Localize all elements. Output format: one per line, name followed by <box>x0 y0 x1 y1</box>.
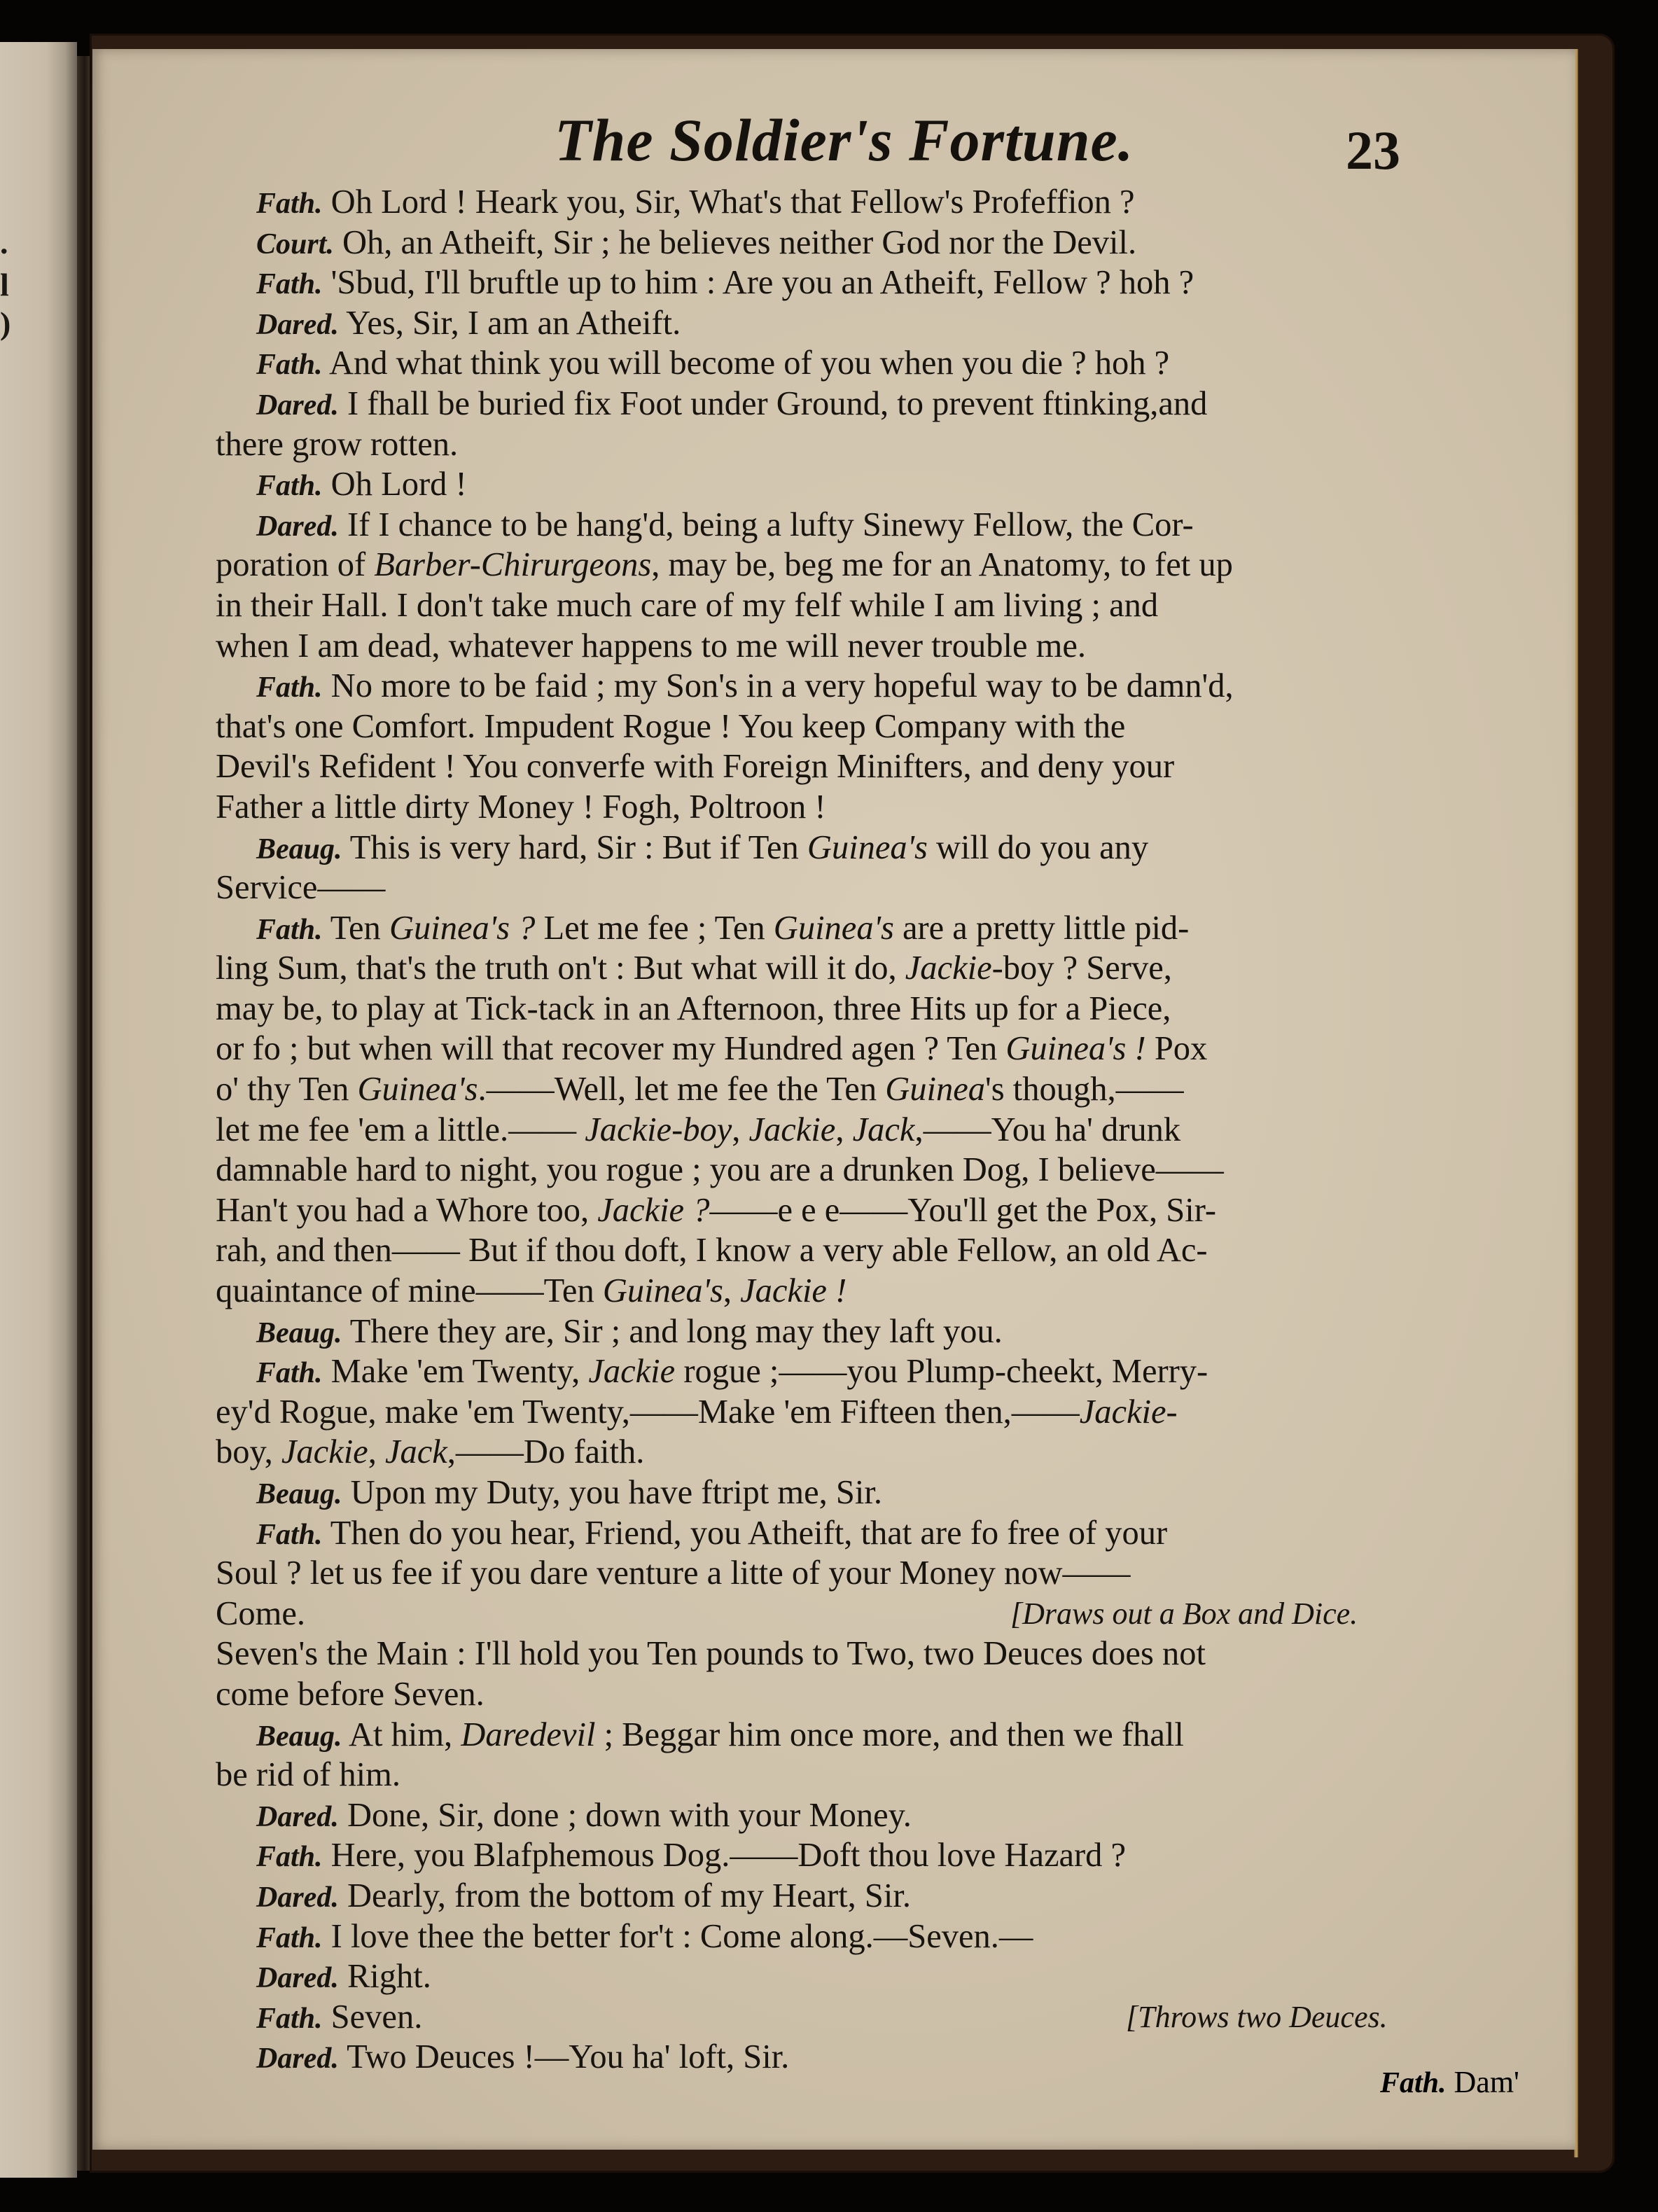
speaker-name: Dared. <box>256 309 339 341</box>
speaker-name: Fath. <box>256 1841 323 1873</box>
line-text: that's one Comfort. Impudent Rogue ! You… <box>216 708 1125 745</box>
italic-text: Jackie <box>1080 1393 1166 1431</box>
text-line: that's one Comfort. Impudent Rogue ! You… <box>216 707 1490 747</box>
speaker-name: Fath. <box>256 188 323 220</box>
line-text: I love thee the better for't : Come alon… <box>323 1918 1033 1955</box>
speaker-name: Dared. <box>256 389 339 422</box>
line-text: will do you any <box>928 829 1148 866</box>
line-text: Upon my Duty, you have ftript me, Sir. <box>342 1474 882 1511</box>
line-text: , <box>368 1433 385 1470</box>
line-text: Oh Lord ! Heark you, Sir, What's that Fe… <box>323 183 1135 221</box>
line-text: , <box>732 1111 748 1148</box>
stage-direction: [Throws two Deuces. <box>1126 1997 1388 2038</box>
line-text: - <box>1166 1393 1178 1431</box>
speaker-name: Fath. <box>256 1519 323 1551</box>
line-text: There they are, Sir ; and long may they … <box>342 1313 1003 1350</box>
italic-text: Guinea's ! <box>1005 1030 1145 1067</box>
line-text: poration of <box>216 546 374 583</box>
text-line: there grow rotten. <box>216 424 1490 465</box>
line-text: boy, <box>216 1433 281 1470</box>
line-text: , may be, beg me for an Anatomy, to fet … <box>651 546 1233 583</box>
line-text: or fo ; but when will that recover my Hu… <box>216 1030 1005 1067</box>
line-text: let me fee 'em a little.—— <box>216 1111 585 1148</box>
line-text: Oh, an Atheift, Sir ; he believes neithe… <box>334 224 1136 261</box>
text-line: Han't you had a Whore too, Jackie ?——e e… <box>216 1190 1490 1231</box>
italic-text: Jack <box>385 1433 447 1470</box>
text-line: o' thy Ten Guinea's.——Well, let me fee t… <box>216 1069 1490 1110</box>
catchword: Fath. Dam' <box>1380 2064 1519 2100</box>
speaker-name: Court. <box>256 228 334 260</box>
speaker-name: Beaug. <box>256 1720 342 1753</box>
text-line: Fath. No more to be faid ; my Son's in a… <box>216 666 1490 707</box>
text-line: Come.[Draws out a Box and Dice. <box>216 1594 1490 1634</box>
text-line: be rid of him. <box>216 1755 1490 1795</box>
text-line: in their Hall. I don't take much care of… <box>216 585 1490 626</box>
speaker-name: Fath. <box>256 349 323 381</box>
text-line: Fath. Seven.[Throws two Deuces. <box>216 1997 1490 2038</box>
line-text: Here, you Blafphemous Dog.——Doft thou lo… <box>323 1837 1127 1874</box>
text-line: Beaug. Upon my Duty, you have ftript me,… <box>216 1473 1490 1513</box>
line-text: At him, <box>342 1716 461 1753</box>
speaker-name: Dared. <box>256 1881 339 1914</box>
text-line: Fath. And what think you will become of … <box>216 343 1490 384</box>
text-line: Dared. I fhall be buried fix Foot under … <box>216 384 1490 424</box>
line-text: Right. <box>339 1958 431 1995</box>
speaker-name: Fath. <box>256 914 323 946</box>
italic-text: Guinea's <box>807 829 928 866</box>
text-line: Dared. Done, Sir, done ; down with your … <box>216 1795 1490 1836</box>
text-line: quaintance of mine——Ten Guinea's, Jackie… <box>216 1271 1490 1312</box>
line-text: Come. <box>216 1595 305 1632</box>
speaker-name: Beaug. <box>256 1478 342 1510</box>
speaker-name: Dared. <box>256 1801 339 1833</box>
italic-text: Jackie <box>905 950 992 987</box>
text-line: ling Sum, that's the truth on't : But wh… <box>216 948 1490 989</box>
line-text: ——e e e——You'll get the Pox, Sir- <box>709 1192 1216 1229</box>
text-line: Dared. Right. <box>216 1956 1490 1997</box>
text-line: Dared. Dearly, from the bottom of my Hea… <box>216 1876 1490 1917</box>
italic-text: Jackie ? <box>597 1192 709 1229</box>
line-text: Han't you had a Whore too, <box>216 1192 597 1229</box>
text-line: come before Seven. <box>216 1674 1490 1715</box>
line-text: Seven. <box>323 1998 423 2036</box>
line-text: Done, Sir, done ; down with your Money. <box>339 1797 912 1834</box>
line-text: Then do you hear, Friend, you Atheift, t… <box>323 1515 1168 1552</box>
left-page-text-fragment: . <box>0 224 8 261</box>
stage-direction: [Draws out a Box and Dice. <box>1010 1594 1358 1634</box>
italic-text: Barber-Chirurgeons <box>374 546 651 583</box>
text-line: boy, Jackie, Jack,——Do faith. <box>216 1432 1490 1473</box>
line-text: If I chance to be hang'd, being a lufty … <box>339 506 1194 543</box>
text-line: damnable hard to night, you rogue ; you … <box>216 1150 1490 1190</box>
line-text: Devil's Refident ! You converfe with For… <box>216 748 1174 785</box>
text-line: Father a little dirty Money ! Fogh, Polt… <box>216 787 1490 828</box>
text-line: rah, and then—— But if thou doft, I know… <box>216 1230 1490 1271</box>
italic-text: Jackie-boy <box>585 1111 732 1148</box>
text-line: when I am dead, whatever happens to me w… <box>216 626 1490 667</box>
line-text: Service—— <box>216 869 385 906</box>
text-line: Court. Oh, an Atheift, Sir ; he believes… <box>216 223 1490 263</box>
line-text: Seven's the Main : I'll hold you Ten pou… <box>216 1635 1206 1672</box>
running-head: The Soldier's Fortune. 23 <box>92 91 1575 196</box>
line-text: No more to be faid ; my Son's in a very … <box>323 667 1234 704</box>
speaker-name: Fath. <box>256 672 323 704</box>
line-text: 's though,—— <box>985 1071 1184 1108</box>
left-page-text-fragment: l <box>0 266 9 303</box>
text-line: Dared. If I chance to be hang'd, being a… <box>216 505 1490 545</box>
book-page: The Soldier's Fortune. 23 Fath. Oh Lord … <box>92 49 1575 2150</box>
text-line: let me fee 'em a little.—— Jackie-boy, J… <box>216 1110 1490 1150</box>
line-text: ,——Do faith. <box>447 1433 645 1470</box>
text-line: Fath. Then do you hear, Friend, you Athe… <box>216 1513 1490 1554</box>
line-text: Yes, Sir, I am an Atheift. <box>339 305 681 342</box>
text-line: Service—— <box>216 868 1490 908</box>
line-text: .——Well, let me fee the Ten <box>478 1071 886 1108</box>
speaker-name: Fath. <box>256 2003 323 2035</box>
line-text: Two Deuces !—You ha' loft, Sir. <box>339 2038 789 2075</box>
text-line: Fath. Here, you Blafphemous Dog.——Doft t… <box>216 1835 1490 1876</box>
line-text: And what think you will become of you wh… <box>323 345 1170 382</box>
italic-text: Guinea's <box>774 910 894 947</box>
line-text: may be, to play at Tick-tack in an After… <box>216 990 1171 1027</box>
line-text: Make 'em Twenty, <box>323 1353 589 1390</box>
italic-text: Jack <box>853 1111 915 1148</box>
text-line: Beaug. This is very hard, Sir : But if T… <box>216 828 1490 868</box>
line-text: , <box>835 1111 852 1148</box>
text-line: Fath. I love thee the better for't : Com… <box>216 1917 1490 1957</box>
line-text: there grow rotten. <box>216 426 458 463</box>
line-text: 'Sbud, I'll bruftle up to him : Are you … <box>323 264 1194 301</box>
left-page-text-fragment: ) <box>0 305 11 342</box>
speaker-name: Fath. <box>256 268 323 300</box>
line-text: be rid of him. <box>216 1756 400 1793</box>
line-text: o' thy Ten <box>216 1071 357 1108</box>
speaker-name: Dared. <box>256 510 339 543</box>
text-line: Soul ? let us fee if you dare venture a … <box>216 1553 1490 1594</box>
catchword-text: Dam' <box>1447 2065 1519 2099</box>
text-line: or fo ; but when will that recover my Hu… <box>216 1029 1490 1069</box>
speaker-name: Dared. <box>256 2043 339 2075</box>
line-text: Dearly, from the bottom of my Heart, Sir… <box>339 1877 911 1914</box>
line-text: ; Beggar him once more, and then we fhal… <box>595 1716 1183 1753</box>
left-facing-page: . l ) <box>0 42 77 2178</box>
text-line: poration of Barber-Chirurgeons, may be, … <box>216 545 1490 585</box>
line-text: come before Seven. <box>216 1676 485 1713</box>
running-title: The Soldier's Fortune. <box>555 105 1134 175</box>
text-line: Seven's the Main : I'll hold you Ten pou… <box>216 1634 1490 1674</box>
line-text: are a pretty little pid- <box>894 910 1190 947</box>
italic-text: Guinea's ? <box>389 910 535 947</box>
italic-text: Jackie <box>588 1353 675 1390</box>
speaker-name: Beaug. <box>256 1317 342 1349</box>
line-text: ey'd Rogue, make 'em Twenty,——Make 'em F… <box>216 1393 1080 1431</box>
text-line: Fath. Oh Lord ! <box>216 464 1490 505</box>
line-text: rogue ;——you Plump-cheekt, Merry- <box>675 1353 1208 1390</box>
line-text: -boy ? Serve, <box>992 950 1172 987</box>
catchword-speaker: Fath. <box>1380 2067 1447 2099</box>
text-line: Fath. Ten Guinea's ? Let me fee ; Ten Gu… <box>216 908 1490 949</box>
italic-text: Jackie <box>749 1111 836 1148</box>
line-text: Pox <box>1146 1030 1208 1067</box>
page-number: 23 <box>1346 119 1400 182</box>
speaker-name: Beaug. <box>256 833 342 865</box>
speaker-name: Fath. <box>256 1357 323 1389</box>
text-line: Dared. Yes, Sir, I am an Atheift. <box>216 303 1490 344</box>
text-line: Devil's Refident ! You converfe with For… <box>216 746 1490 787</box>
italic-text: Jackie <box>281 1433 368 1470</box>
line-text: rah, and then—— But if thou doft, I know… <box>216 1232 1208 1269</box>
play-text-body: Fath. Oh Lord ! Heark you, Sir, What's t… <box>216 182 1490 2078</box>
line-text: , <box>723 1272 740 1309</box>
italic-text: Jackie ! <box>740 1272 847 1309</box>
text-line: Dared. Two Deuces !—You ha' loft, Sir. <box>216 2037 1490 2078</box>
line-text: Soul ? let us fee if you dare venture a … <box>216 1554 1130 1592</box>
speaker-name: Dared. <box>256 1962 339 1994</box>
text-line: Beaug. There they are, Sir ; and long ma… <box>216 1312 1490 1352</box>
text-line: Fath. 'Sbud, I'll bruftle up to him : Ar… <box>216 263 1490 303</box>
italic-text: Guinea's <box>357 1071 478 1108</box>
line-text: damnable hard to night, you rogue ; you … <box>216 1151 1224 1188</box>
italic-text: Guinea's <box>603 1272 723 1309</box>
line-text: ,——You ha' drunk <box>914 1111 1180 1148</box>
italic-text: Daredevil <box>461 1716 595 1753</box>
line-text: This is very hard, Sir : But if Ten <box>342 829 807 866</box>
text-line: may be, to play at Tick-tack in an After… <box>216 989 1490 1029</box>
line-text: Oh Lord ! <box>323 466 467 503</box>
line-text: quaintance of mine——Ten <box>216 1272 603 1309</box>
speaker-name: Fath. <box>256 470 323 502</box>
text-line: Fath. Make 'em Twenty, Jackie rogue ;——y… <box>216 1351 1490 1392</box>
line-text: Let me fee ; Ten <box>535 910 773 947</box>
italic-text: Guinea <box>885 1071 985 1108</box>
line-text: Father a little dirty Money ! Fogh, Polt… <box>216 788 826 826</box>
line-text: ling Sum, that's the truth on't : But wh… <box>216 950 905 987</box>
line-text: Ten <box>323 910 389 947</box>
line-text: in their Hall. I don't take much care of… <box>216 587 1158 624</box>
text-line: ey'd Rogue, make 'em Twenty,——Make 'em F… <box>216 1392 1490 1433</box>
line-text: when I am dead, whatever happens to me w… <box>216 627 1086 665</box>
text-line: Fath. Oh Lord ! Heark you, Sir, What's t… <box>216 182 1490 223</box>
line-text: I fhall be buried fix Foot under Ground,… <box>339 385 1208 422</box>
speaker-name: Fath. <box>256 1922 323 1954</box>
text-line: Beaug. At him, Daredevil ; Beggar him on… <box>216 1715 1490 1755</box>
